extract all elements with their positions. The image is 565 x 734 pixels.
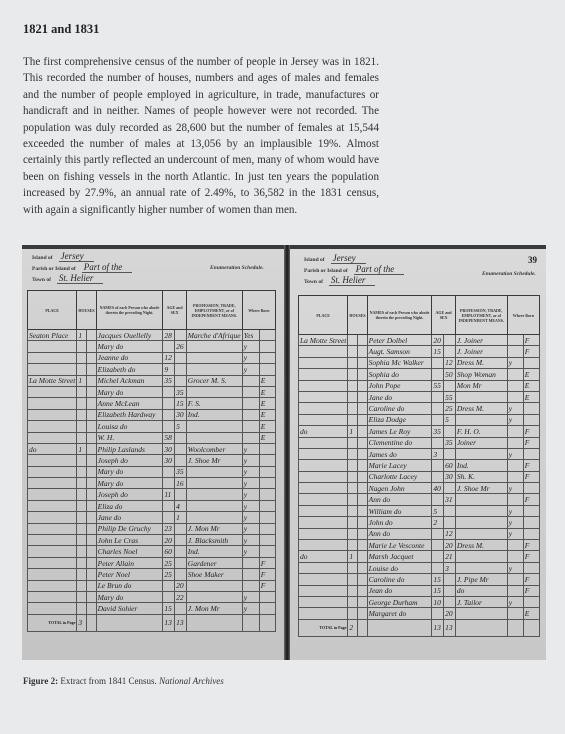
total-houses: 2 bbox=[348, 619, 358, 636]
cell-b2: F bbox=[523, 335, 539, 346]
header-place: PLACE bbox=[299, 296, 348, 335]
cell-m bbox=[432, 551, 444, 562]
cell-born: y bbox=[507, 483, 523, 494]
cell-place bbox=[28, 603, 77, 614]
cell-h2 bbox=[358, 357, 368, 368]
cell-b2: E bbox=[259, 409, 275, 420]
cell-h2 bbox=[87, 386, 97, 397]
cell-f bbox=[175, 364, 187, 375]
cell-h2 bbox=[358, 562, 368, 573]
total-females: 13 bbox=[444, 619, 456, 636]
cell-h bbox=[348, 335, 358, 346]
census-row: Augt. Samson15J. JoinerF bbox=[299, 346, 540, 357]
cell-f: 30 bbox=[175, 409, 187, 420]
cell-h bbox=[348, 585, 358, 596]
parish-field: Parish or Island ofPart of the bbox=[304, 264, 404, 274]
cell-born: y bbox=[507, 562, 523, 573]
cell-name: Eliza do bbox=[96, 500, 163, 511]
parish-value: Part of the bbox=[82, 262, 133, 273]
cell-name: George Durham bbox=[367, 596, 432, 607]
census-row: Mary do22y bbox=[28, 591, 276, 602]
cell-born bbox=[242, 569, 259, 580]
cell-m bbox=[163, 421, 175, 432]
cell-f: 35 bbox=[175, 386, 187, 397]
header-houses: HOUSES bbox=[77, 291, 96, 330]
cell-place: do bbox=[299, 551, 348, 562]
cell-prof: J. Joiner bbox=[455, 335, 507, 346]
cell-h bbox=[77, 386, 87, 397]
total-males: 13 bbox=[432, 619, 444, 636]
cell-f bbox=[444, 596, 456, 607]
cell-place bbox=[299, 391, 348, 402]
cell-prof bbox=[186, 478, 242, 489]
cell-m: 2 bbox=[432, 517, 444, 528]
cell-place bbox=[28, 466, 77, 477]
island-label: Island of bbox=[304, 257, 325, 263]
cell-born bbox=[507, 471, 523, 482]
cell-h bbox=[348, 494, 358, 505]
cell-name: James Le Roy bbox=[367, 426, 432, 437]
cell-born: y bbox=[507, 596, 523, 607]
cell-f bbox=[444, 380, 456, 391]
cell-place bbox=[28, 341, 77, 352]
cell-m: 60 bbox=[163, 546, 175, 557]
cell-h2 bbox=[87, 478, 97, 489]
cell-h bbox=[77, 352, 87, 363]
cell-name: Joseph do bbox=[96, 455, 163, 466]
cell-h2 bbox=[358, 335, 368, 346]
cell-name: Nagen John bbox=[367, 483, 432, 494]
cell-h2 bbox=[87, 421, 97, 432]
cell-h2 bbox=[358, 505, 368, 516]
cell-h bbox=[348, 391, 358, 402]
cell-f: 20 bbox=[175, 580, 187, 591]
cell-name: Charles Noel bbox=[96, 546, 163, 557]
cell-f: 31 bbox=[444, 494, 456, 505]
cell-place bbox=[28, 580, 77, 591]
cell-prof bbox=[186, 512, 242, 523]
cell-h: 1 bbox=[77, 443, 87, 454]
cell-m: 11 bbox=[163, 489, 175, 500]
cell-born bbox=[507, 380, 523, 391]
cell-h2 bbox=[358, 517, 368, 528]
cell-name: W. H. bbox=[96, 432, 163, 443]
cell-name: Margaret do bbox=[367, 608, 432, 619]
cell-b2: F bbox=[523, 551, 539, 562]
cell-h bbox=[348, 596, 358, 607]
cell-b2: F bbox=[523, 471, 539, 482]
cell-name: Jane do bbox=[367, 391, 432, 402]
census-row: Elizabeth Hardway30Ind.E bbox=[28, 409, 276, 420]
census-row: Sophia Mc Walker12Dress M.y bbox=[299, 357, 540, 368]
cell-h2 bbox=[87, 352, 97, 363]
cell-f bbox=[175, 569, 187, 580]
cell-b2: E bbox=[259, 375, 275, 386]
cell-prof: Ind. bbox=[186, 546, 242, 557]
cell-place bbox=[299, 528, 348, 539]
town-field: Town ofSt. Helier bbox=[32, 273, 103, 283]
cell-f: 22 bbox=[175, 591, 187, 602]
cell-born bbox=[242, 409, 259, 420]
cell-f bbox=[175, 535, 187, 546]
cell-m: 15 bbox=[432, 574, 444, 585]
cell-f bbox=[444, 483, 456, 494]
census-row: Marie Le Vesconte20Dress M.F bbox=[299, 540, 540, 551]
cell-h bbox=[77, 478, 87, 489]
cell-f: 20 bbox=[444, 608, 456, 619]
cell-h2 bbox=[358, 483, 368, 494]
cell-place bbox=[299, 414, 348, 425]
cell-prof bbox=[455, 494, 507, 505]
cell-place bbox=[28, 478, 77, 489]
cell-h2 bbox=[358, 391, 368, 402]
cell-b2 bbox=[259, 341, 275, 352]
cell-f bbox=[175, 489, 187, 500]
census-row: Jean do15doF bbox=[299, 585, 540, 596]
cell-place: do bbox=[28, 443, 77, 454]
cell-name: Mary do bbox=[96, 386, 163, 397]
cell-prof: Marche d'Afrique bbox=[186, 330, 242, 341]
cell-h2 bbox=[358, 494, 368, 505]
cell-f: 60 bbox=[444, 460, 456, 471]
cell-m bbox=[163, 500, 175, 511]
cell-m bbox=[163, 409, 175, 420]
cell-h2 bbox=[358, 448, 368, 459]
cell-h bbox=[77, 364, 87, 375]
total-empty bbox=[367, 619, 432, 636]
cell-f bbox=[175, 455, 187, 466]
cell-h2 bbox=[358, 551, 368, 562]
cell-h2 bbox=[87, 466, 97, 477]
cell-name: Joseph do bbox=[96, 489, 163, 500]
cell-name: Anne McLean bbox=[96, 398, 163, 409]
cell-prof bbox=[186, 591, 242, 602]
cell-f bbox=[175, 375, 187, 386]
cell-name: Charlotte Lacey bbox=[367, 471, 432, 482]
header-where-born: Where Born bbox=[242, 291, 275, 330]
total-label: TOTAL in Page bbox=[299, 619, 348, 636]
cell-prof bbox=[186, 489, 242, 500]
census-row: David Sohier15J. Mon Mry bbox=[28, 603, 276, 614]
cell-name: Caroline do bbox=[367, 574, 432, 585]
cell-prof bbox=[455, 562, 507, 573]
cell-h2 bbox=[358, 437, 368, 448]
cell-m: 55 bbox=[432, 380, 444, 391]
cell-b2: E bbox=[523, 608, 539, 619]
cell-h2 bbox=[87, 455, 97, 466]
cell-b2 bbox=[259, 591, 275, 602]
cell-m bbox=[432, 471, 444, 482]
cell-prof: Grocer M. S. bbox=[186, 375, 242, 386]
cell-b2 bbox=[523, 517, 539, 528]
cell-place bbox=[299, 540, 348, 551]
cell-born: y bbox=[242, 500, 259, 511]
cell-name: Le Brun do bbox=[96, 580, 163, 591]
cell-prof: J. Shoe Mr bbox=[455, 483, 507, 494]
cell-h2 bbox=[87, 398, 97, 409]
cell-h2 bbox=[87, 546, 97, 557]
cell-b2: E bbox=[523, 369, 539, 380]
cell-m bbox=[163, 512, 175, 523]
total-empty bbox=[507, 619, 523, 636]
cell-m: 30 bbox=[163, 455, 175, 466]
cell-m: 12 bbox=[163, 352, 175, 363]
census-row: Mary do16y bbox=[28, 478, 276, 489]
cell-h bbox=[77, 580, 87, 591]
header-names: NAMES of each Person who abode therein t… bbox=[96, 291, 163, 330]
census-row: Mary do26y bbox=[28, 341, 276, 352]
cell-name: Ann do bbox=[367, 494, 432, 505]
census-row: Caroline do25Dress M.y bbox=[299, 403, 540, 414]
island-value: Jersey bbox=[331, 253, 366, 264]
town-label: Town of bbox=[32, 277, 51, 283]
cell-h2 bbox=[358, 528, 368, 539]
cell-f: 12 bbox=[444, 528, 456, 539]
cell-born bbox=[507, 369, 523, 380]
cell-h2 bbox=[358, 426, 368, 437]
cell-prof bbox=[186, 341, 242, 352]
cell-name: John do bbox=[367, 517, 432, 528]
cell-h bbox=[77, 591, 87, 602]
cell-born bbox=[507, 608, 523, 619]
census-row: John Pope55Mon MrE bbox=[299, 380, 540, 391]
cell-prof bbox=[455, 551, 507, 562]
cell-m bbox=[163, 398, 175, 409]
cell-born: y bbox=[242, 341, 259, 352]
cell-f: 1 bbox=[175, 512, 187, 523]
cell-prof bbox=[455, 414, 507, 425]
cell-b2 bbox=[259, 489, 275, 500]
cell-h bbox=[348, 357, 358, 368]
cell-name: Eliza Dodge bbox=[367, 414, 432, 425]
cell-f bbox=[175, 330, 187, 341]
cell-b2 bbox=[259, 546, 275, 557]
cell-name: Mary do bbox=[96, 341, 163, 352]
cell-b2: F bbox=[523, 460, 539, 471]
cell-f bbox=[444, 346, 456, 357]
cell-h2 bbox=[358, 414, 368, 425]
census-row: Joseph do30J. Shoe Mry bbox=[28, 455, 276, 466]
cell-born: y bbox=[507, 517, 523, 528]
cell-place bbox=[299, 562, 348, 573]
cell-prof: Dress M. bbox=[455, 357, 507, 368]
cell-b2: F bbox=[523, 574, 539, 585]
cell-b2 bbox=[523, 596, 539, 607]
header-names: NAMES of each Person who abode therein t… bbox=[367, 296, 432, 335]
cell-m: 28 bbox=[163, 330, 175, 341]
cell-f bbox=[444, 426, 456, 437]
cell-prof bbox=[455, 448, 507, 459]
cell-place bbox=[299, 585, 348, 596]
cell-m bbox=[163, 466, 175, 477]
cell-h2 bbox=[358, 596, 368, 607]
cell-prof bbox=[455, 505, 507, 516]
cell-prof: Shop Woman bbox=[455, 369, 507, 380]
figure-caption: Figure 2: Extract from 1841 Census. Nati… bbox=[23, 676, 224, 686]
total-females: 13 bbox=[175, 614, 187, 631]
cell-h bbox=[348, 574, 358, 585]
cell-m bbox=[163, 386, 175, 397]
cell-m bbox=[432, 369, 444, 380]
census-row: John do2y bbox=[299, 517, 540, 528]
cell-prof: J. Blacksmith bbox=[186, 535, 242, 546]
cell-h bbox=[348, 517, 358, 528]
cell-h2 bbox=[87, 330, 97, 341]
cell-born bbox=[507, 585, 523, 596]
cell-born: y bbox=[242, 603, 259, 614]
parish-label: Parish or Island of bbox=[32, 266, 76, 272]
cell-h bbox=[77, 535, 87, 546]
cell-prof bbox=[186, 466, 242, 477]
census-row: Peter Allain25GardenerF bbox=[28, 557, 276, 568]
cell-place: La Motte Street bbox=[299, 335, 348, 346]
census-row: Seaton Place1Jacques Ouellelly28Marche d… bbox=[28, 330, 276, 341]
cell-born: y bbox=[242, 455, 259, 466]
total-males: 13 bbox=[163, 614, 175, 631]
cell-h bbox=[77, 421, 87, 432]
cell-b2 bbox=[259, 512, 275, 523]
cell-b2: F bbox=[259, 557, 275, 568]
enumeration-schedule-label: Enumeration Schedule. bbox=[210, 265, 264, 271]
cell-place bbox=[299, 574, 348, 585]
census-row: Margaret do20E bbox=[299, 608, 540, 619]
cell-f bbox=[444, 505, 456, 516]
census-row: Joseph do11y bbox=[28, 489, 276, 500]
cell-place bbox=[28, 409, 77, 420]
parish-value: Part of the bbox=[354, 264, 405, 275]
census-row: Mary do35E bbox=[28, 386, 276, 397]
cell-f bbox=[175, 546, 187, 557]
cell-h bbox=[348, 540, 358, 551]
cell-h bbox=[77, 455, 87, 466]
cell-prof: J. Pipe Mr bbox=[455, 574, 507, 585]
cell-name: Louise do bbox=[367, 562, 432, 573]
cell-place bbox=[299, 346, 348, 357]
cell-place bbox=[299, 460, 348, 471]
census-row: Eliza do4y bbox=[28, 500, 276, 511]
cell-place bbox=[299, 369, 348, 380]
cell-name: John Le Cras bbox=[96, 535, 163, 546]
cell-m: 58 bbox=[163, 432, 175, 443]
cell-m bbox=[432, 528, 444, 539]
cell-born: y bbox=[242, 352, 259, 363]
cell-place bbox=[28, 523, 77, 534]
cell-h2 bbox=[87, 375, 97, 386]
cell-f: 5 bbox=[175, 421, 187, 432]
cell-name: Philip De Gruchy bbox=[96, 523, 163, 534]
cell-place bbox=[28, 352, 77, 363]
cell-prof: Dress M. bbox=[455, 403, 507, 414]
census-row: Louisa do5E bbox=[28, 421, 276, 432]
cell-m bbox=[163, 591, 175, 602]
cell-born: y bbox=[507, 448, 523, 459]
total-empty bbox=[358, 619, 368, 636]
cell-b2 bbox=[523, 483, 539, 494]
cell-m: 35 bbox=[432, 426, 444, 437]
cell-h bbox=[348, 483, 358, 494]
cell-place bbox=[28, 386, 77, 397]
cell-m: 40 bbox=[432, 483, 444, 494]
cell-f: 15 bbox=[175, 398, 187, 409]
cell-born bbox=[507, 574, 523, 585]
census-page-left: Island ofJersey Parish or Island ofPart … bbox=[22, 245, 286, 660]
cell-h2 bbox=[87, 443, 97, 454]
cell-b2: F bbox=[523, 426, 539, 437]
cell-b2: E bbox=[523, 391, 539, 402]
cell-b2: F bbox=[259, 569, 275, 580]
cell-born bbox=[507, 540, 523, 551]
cell-name: Ann do bbox=[367, 528, 432, 539]
cell-born: y bbox=[242, 364, 259, 375]
island-field: Island ofJersey bbox=[304, 253, 366, 263]
cell-born bbox=[507, 494, 523, 505]
cell-b2 bbox=[259, 352, 275, 363]
cell-prof: Woolcomber bbox=[186, 443, 242, 454]
cell-b2 bbox=[523, 403, 539, 414]
cell-b2: E bbox=[259, 432, 275, 443]
cell-name: Louisa do bbox=[96, 421, 163, 432]
cell-born: y bbox=[507, 505, 523, 516]
census-page-right: Island ofJersey Parish or Island ofPart … bbox=[290, 245, 546, 660]
cell-prof: Ind. bbox=[186, 409, 242, 420]
census-row: Anne McLean15F. S.E bbox=[28, 398, 276, 409]
cell-name: Mary do bbox=[96, 478, 163, 489]
cell-name: Clementine do bbox=[367, 437, 432, 448]
census-table-left: PLACE HOUSES NAMES of each Person who ab… bbox=[27, 290, 276, 632]
cell-place bbox=[28, 535, 77, 546]
island-label: Island of bbox=[32, 255, 53, 261]
cell-born: y bbox=[242, 591, 259, 602]
cell-name: Peter Noel bbox=[96, 569, 163, 580]
census-row: Sophia do50Shop WomanE bbox=[299, 369, 540, 380]
cell-m bbox=[432, 391, 444, 402]
cell-h2 bbox=[87, 557, 97, 568]
cell-b2 bbox=[259, 535, 275, 546]
cell-b2 bbox=[259, 500, 275, 511]
cell-prof: Ind. bbox=[455, 460, 507, 471]
census-row: George Durham10J. Tailory bbox=[299, 596, 540, 607]
cell-h bbox=[348, 448, 358, 459]
cell-h bbox=[348, 414, 358, 425]
cell-m bbox=[432, 562, 444, 573]
cell-name: Jeanne do bbox=[96, 352, 163, 363]
cell-b2 bbox=[259, 603, 275, 614]
cell-f: 50 bbox=[444, 369, 456, 380]
cell-b2: F bbox=[523, 346, 539, 357]
cell-f: 3 bbox=[444, 562, 456, 573]
census-row: John Le Cras20J. Blacksmithy bbox=[28, 535, 276, 546]
cell-b2 bbox=[259, 478, 275, 489]
cell-h2 bbox=[358, 369, 368, 380]
cell-f bbox=[444, 574, 456, 585]
census-row: Peter Noel25Shoe MakerF bbox=[28, 569, 276, 580]
cell-h bbox=[348, 471, 358, 482]
total-row: TOTAL in Page21313 bbox=[299, 619, 540, 636]
cell-b2 bbox=[523, 562, 539, 573]
cell-prof bbox=[455, 391, 507, 402]
cell-f: 20 bbox=[444, 540, 456, 551]
cell-place bbox=[299, 505, 348, 516]
cell-f bbox=[175, 523, 187, 534]
section-heading: 1821 and 1831 bbox=[23, 22, 99, 37]
cell-prof: J. Mon Mr bbox=[186, 523, 242, 534]
cell-prof bbox=[186, 352, 242, 363]
parish-field: Parish or Island ofPart of the bbox=[32, 262, 132, 272]
cell-born: y bbox=[242, 489, 259, 500]
cell-born: y bbox=[507, 403, 523, 414]
town-field: Town ofSt. Helier bbox=[304, 275, 375, 285]
cell-f: 5 bbox=[444, 414, 456, 425]
